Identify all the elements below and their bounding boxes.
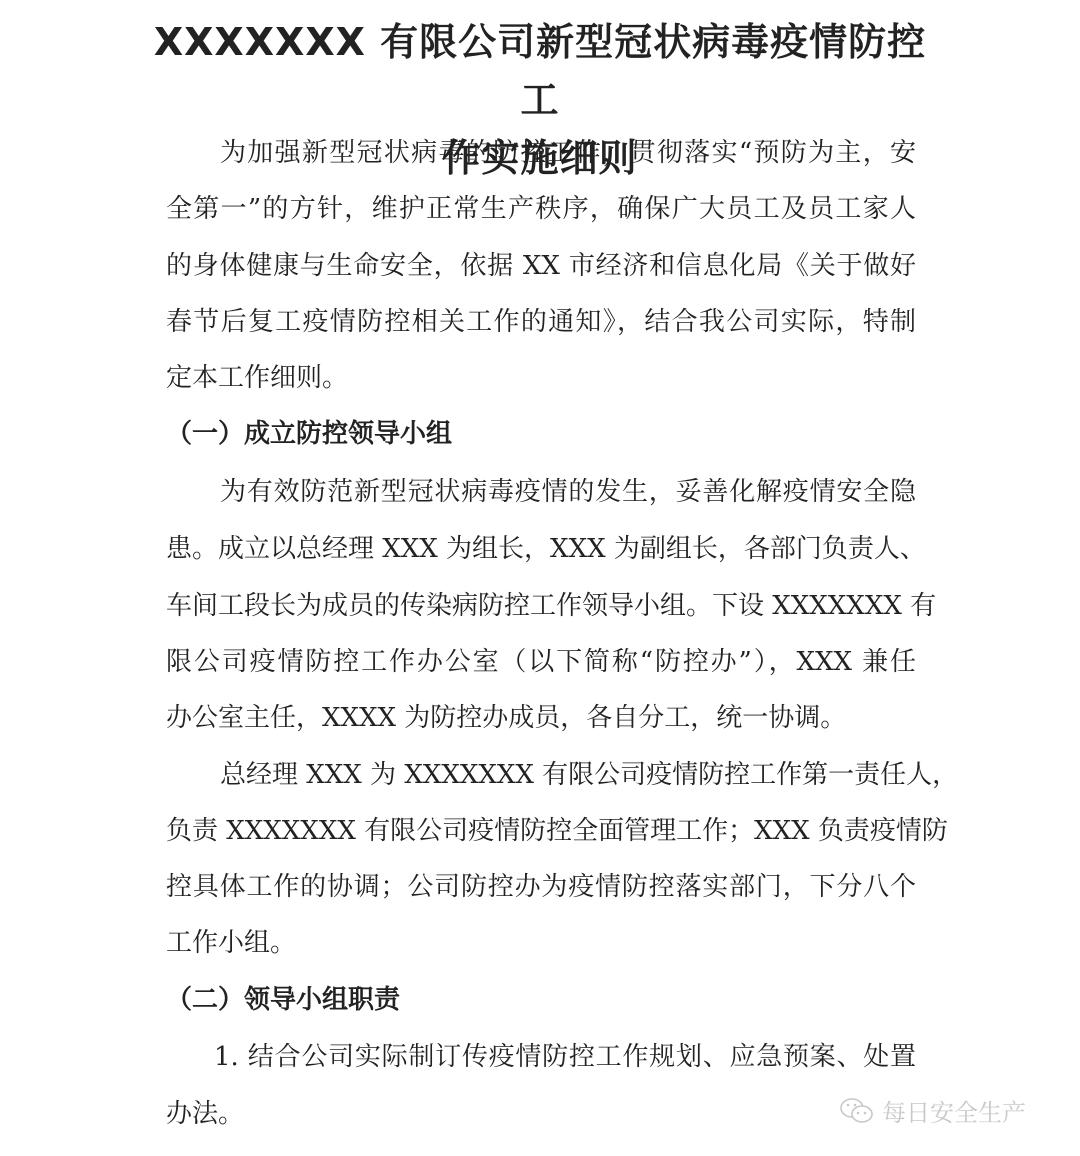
section2-item1-line-2: 办法。 — [166, 1098, 916, 1130]
section1-para1-line-3: 车间工段长为成员的传染病防控工作领导小组。下设 XXXXXXX 有 — [166, 590, 916, 622]
intro-line-3: 的身体健康与生命安全，依据 XX 市经济和信息化局《关于做好 — [166, 250, 916, 282]
section1-para2-line-2: 负责 XXXXXXX 有限公司疫情防控全面管理工作；XXX 负责疫情防 — [166, 815, 916, 847]
title-line-1: XXXXXXX 有限公司新型冠状病毒疫情防控工 — [150, 13, 930, 129]
section1-para1-line-1: 为有效防范新型冠状病毒疫情的发生，妥善化解疫情安全隐 — [220, 476, 916, 508]
intro-line-4: 春节后复工疫情防控相关工作的通知》，结合我公司实际，特制 — [166, 306, 916, 338]
section1-para2-line-4: 工作小组。 — [166, 927, 916, 959]
section2-item1-line-1: 1. 结合公司实际制订传疫情防控工作规划、应急预案、处置 — [214, 1041, 916, 1073]
intro-line-5: 定本工作细则。 — [166, 362, 916, 394]
section-heading-1: （一）成立防控领导小组 — [166, 418, 452, 450]
intro-line-1: 为加强新型冠状病毒的防控工作，贯彻落实“预防为主，安 — [220, 137, 916, 169]
section1-para2-line-3: 控具体工作的协调；公司防控办为疫情防控落实部门，下分八个 — [166, 871, 916, 903]
intro-line-2: 全第一”的方针，维护正常生产秩序，确保广大员工及员工家人 — [166, 193, 916, 225]
watermark: 每日安全生产 — [838, 1093, 1026, 1128]
document-page: XXXXXXX 有限公司新型冠状病毒疫情防控工 作实施细则 为加强新型冠状病毒的… — [0, 0, 1080, 1156]
section-heading-2: （二）领导小组职责 — [166, 984, 400, 1016]
section1-para1-line-2: 患。成立以总经理 XXX 为组长，XXX 为副组长，各部门负责人、 — [166, 533, 916, 565]
watermark-label: 每日安全生产 — [882, 1093, 1026, 1128]
section1-para1-line-4: 限公司疫情防控工作办公室（以下简称“防控办”），XXX 兼任 — [166, 646, 916, 678]
wechat-icon — [838, 1096, 876, 1126]
section1-para2-line-1: 总经理 XXX 为 XXXXXXX 有限公司疫情防控工作第一责任人， — [220, 759, 916, 791]
section1-para1-line-5: 办公室主任，XXXX 为防控办成员，各自分工，统一协调。 — [166, 702, 916, 734]
